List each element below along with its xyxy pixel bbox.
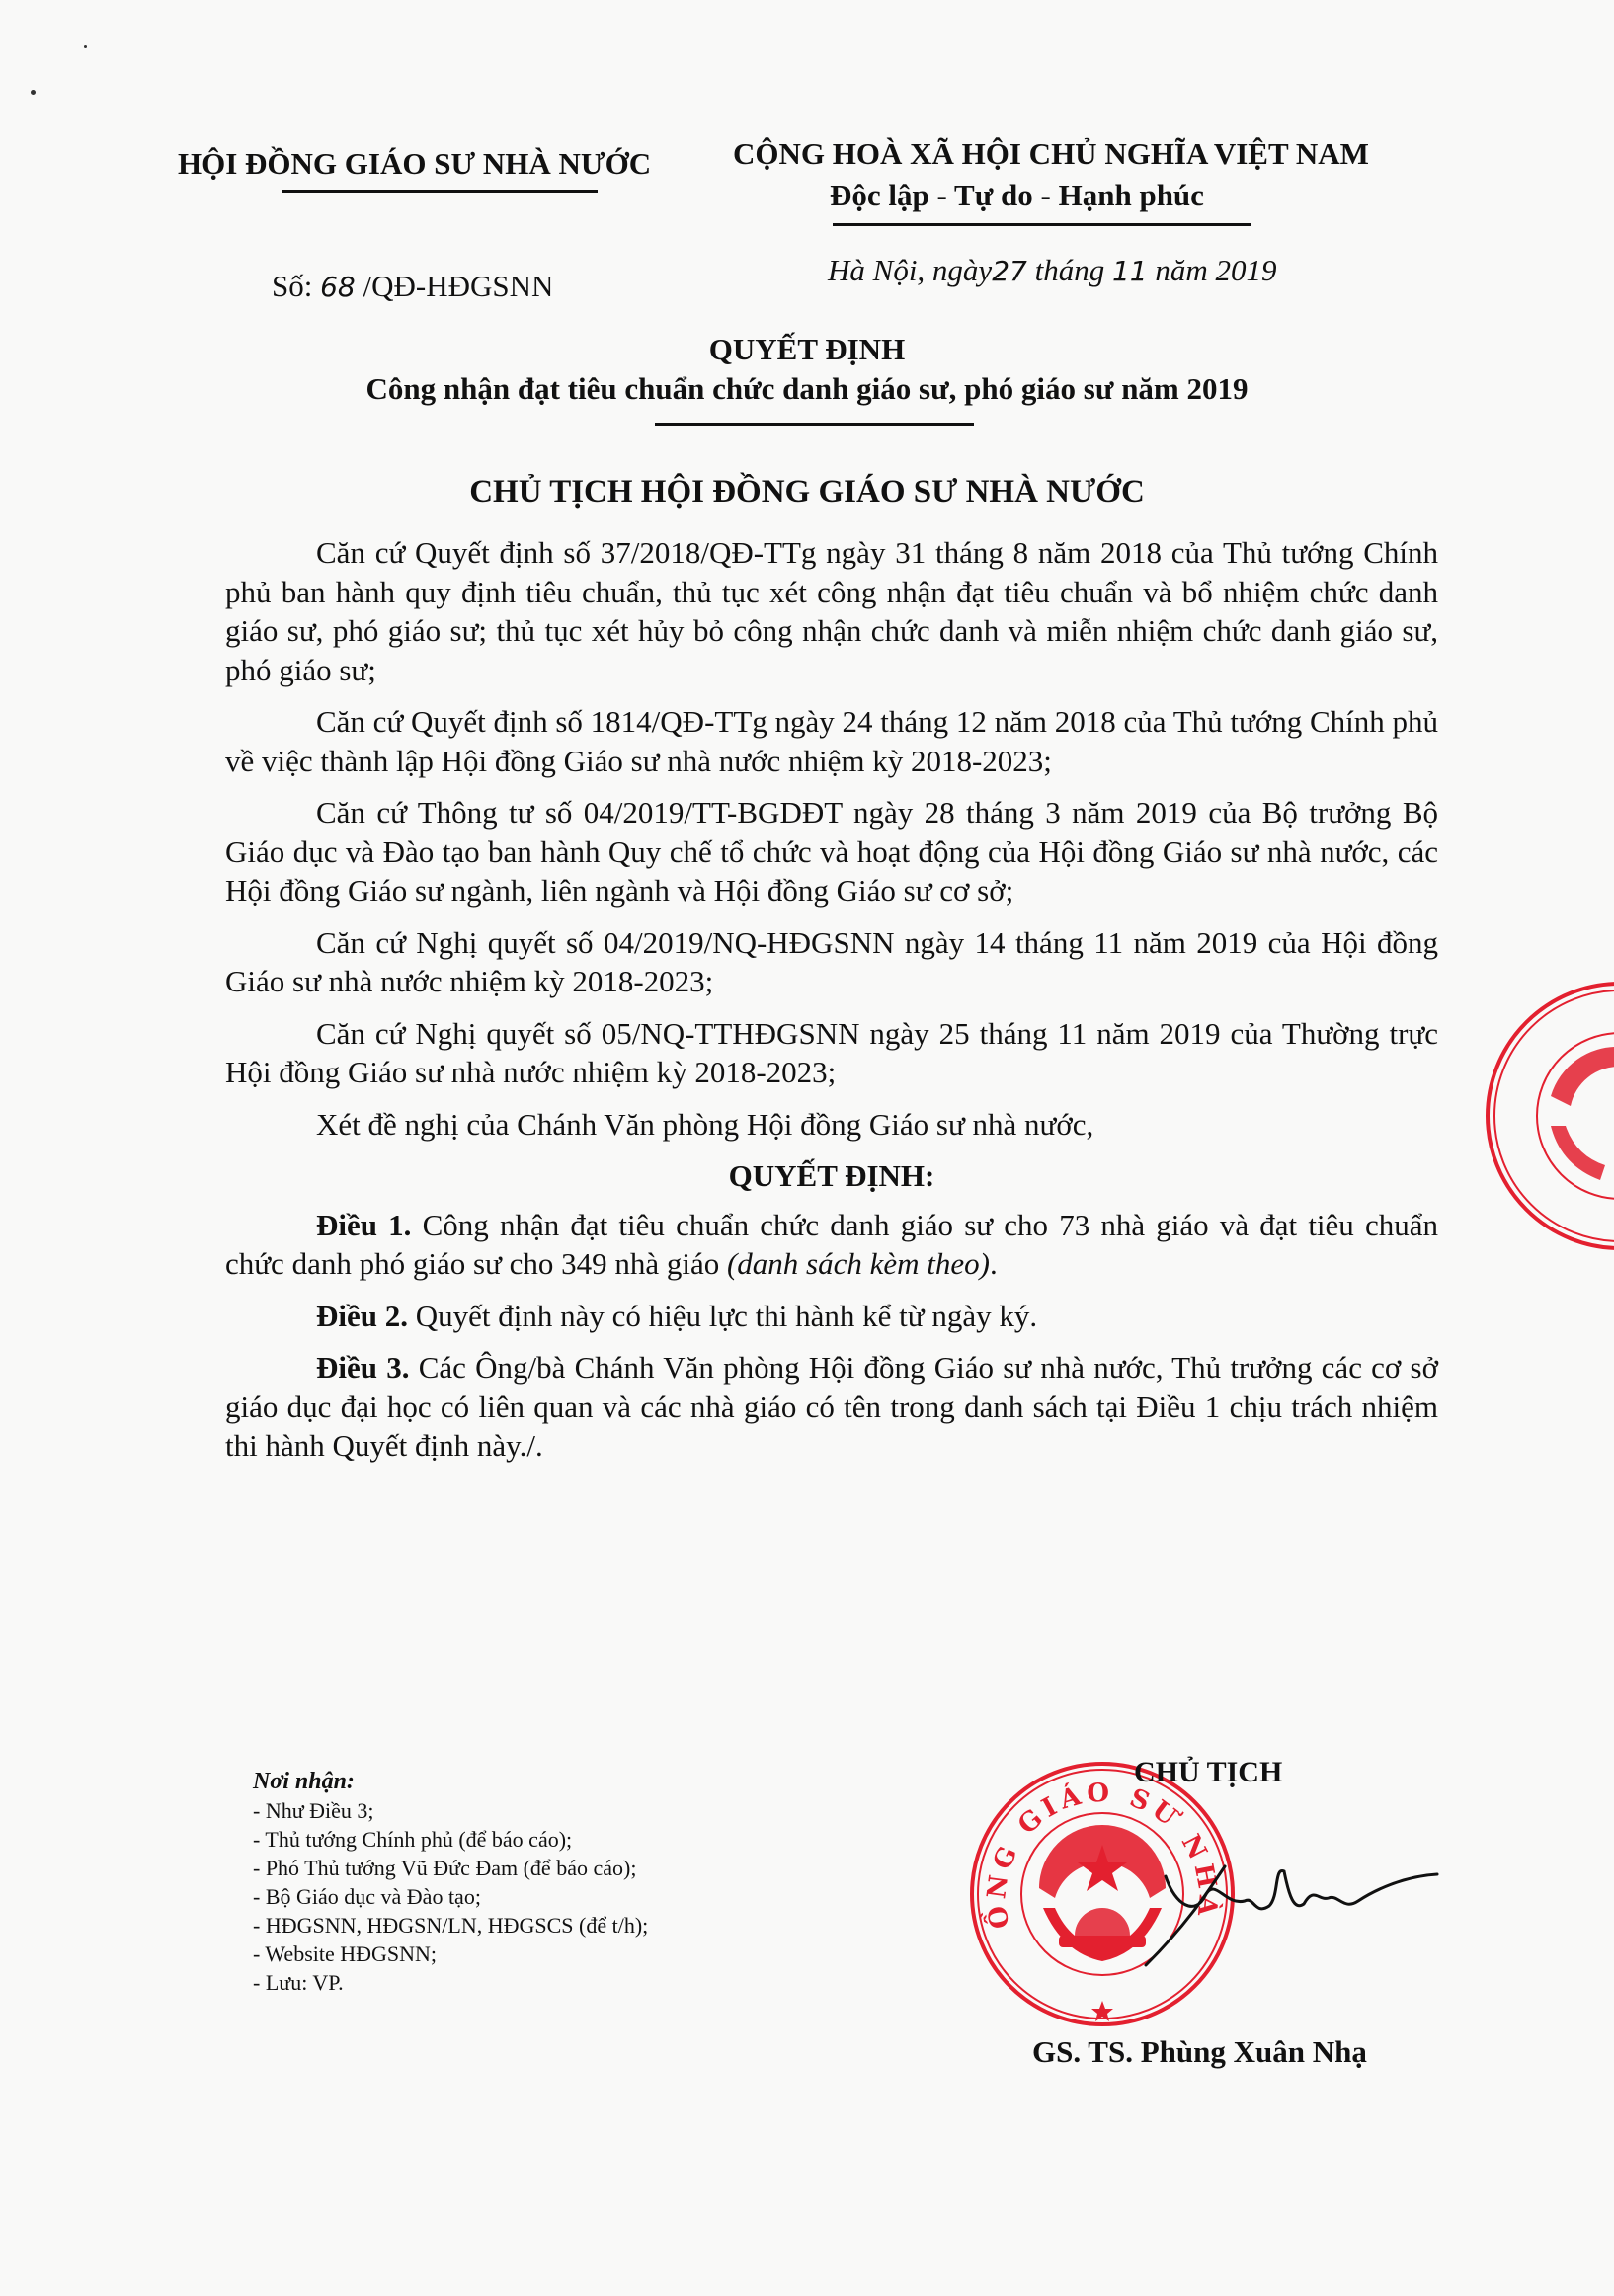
recipient-item: - Website HĐGSNN; [253,1940,648,1968]
recipient-item: - Phó Thủ tướng Vũ Đức Đam (để báo cáo); [253,1854,648,1882]
document-number: Số: 68 /QĐ-HĐGSNN [272,269,553,304]
issuing-authority: CHỦ TỊCH HỘI ĐỒNG GIÁO SƯ NHÀ NƯỚC [0,474,1614,511]
recipient-item: - Thủ tướng Chính phủ (để báo cáo); [253,1825,648,1854]
issuer-underline [282,190,598,193]
article-1: Điều 1. Công nhận đạt tiêu chuẩn chức da… [225,1206,1438,1284]
date-day: 27 [992,255,1027,287]
preamble-clause: Căn cứ Nghị quyết số 04/2019/NQ-HĐGSNN n… [225,923,1438,1001]
preamble-clause: Xét đề nghị của Chánh Văn phòng Hội đồng… [225,1105,1438,1145]
recipients-list: Nơi nhận: - Như Điều 3; - Thủ tướng Chín… [253,1768,648,1997]
scan-speck [31,90,36,95]
subtitle-underline [655,423,974,426]
preamble-clause: Căn cứ Quyết định số 1814/QĐ-TTg ngày 24… [225,702,1438,780]
article-text: Quyết định này có hiệu lực thi hành kể t… [408,1299,1037,1333]
date-month-label: tháng [1035,253,1105,287]
issue-date: Hà Nội, ngày27 tháng 11 năm 2019 [828,253,1276,288]
recipient-item: - Bộ Giáo dục và Đào tạo; [253,1882,648,1911]
signer-name: GS. TS. Phùng Xuân Nhạ [1032,2034,1367,2070]
article-note: (danh sách kèm theo) [727,1246,990,1281]
signer-position: CHỦ TỊCH [1134,1756,1282,1789]
signature [1106,1857,1442,1975]
article-tail: . [990,1246,998,1281]
recipients-heading: Nơi nhận: [253,1768,648,1796]
document-subtitle: Công nhận đạt tiêu chuẩn chức danh giáo … [0,371,1614,407]
article-label: Điều 1. [316,1208,411,1242]
number-prefix: Số: [272,269,312,303]
recipient-item: - HĐGSNN, HĐGSN/LN, HĐGSCS (để t/h); [253,1911,648,1940]
national-motto: Độc lập - Tự do - Hạnh phúc [830,178,1204,213]
number-suffix: /QĐ-HĐGSNN [363,269,554,303]
number-handwritten: 68 [320,271,356,303]
date-year: năm 2019 [1155,253,1276,287]
recipient-item: - Như Điều 3; [253,1796,648,1825]
page-seal-icon [1482,978,1614,1254]
article-label: Điều 3. [316,1350,409,1385]
motto-underline [833,223,1251,226]
preamble-clause: Căn cứ Thông tư số 04/2019/TT-BGDĐT ngày… [225,793,1438,910]
preamble-clause: Căn cứ Quyết định số 37/2018/QĐ-TTg ngày… [225,533,1438,689]
document-title: QUYẾT ĐỊNH [0,332,1614,367]
date-prefix: Hà Nội, ngày [828,253,992,287]
scan-speck [84,45,87,48]
recipient-item: - Lưu: VP. [253,1968,648,1997]
article-3: Điều 3. Các Ông/bà Chánh Văn phòng Hội đ… [225,1348,1438,1465]
country-name: CỘNG HOÀ XÃ HỘI CHỦ NGHĨA VIỆT NAM [733,136,1369,172]
article-label: Điều 2. [316,1299,408,1333]
document-body: Căn cứ Quyết định số 37/2018/QĐ-TTg ngày… [225,533,1438,1478]
issuer-name: HỘI ĐỒNG GIÁO SƯ NHÀ NƯỚC [178,146,651,182]
article-2: Điều 2. Quyết định này có hiệu lực thi h… [225,1297,1438,1336]
preamble-clause: Căn cứ Nghị quyết số 05/NQ-TTHĐGSNN ngày… [225,1014,1438,1092]
decision-heading: QUYẾT ĐỊNH: [225,1156,1438,1196]
date-month: 11 [1112,255,1148,287]
